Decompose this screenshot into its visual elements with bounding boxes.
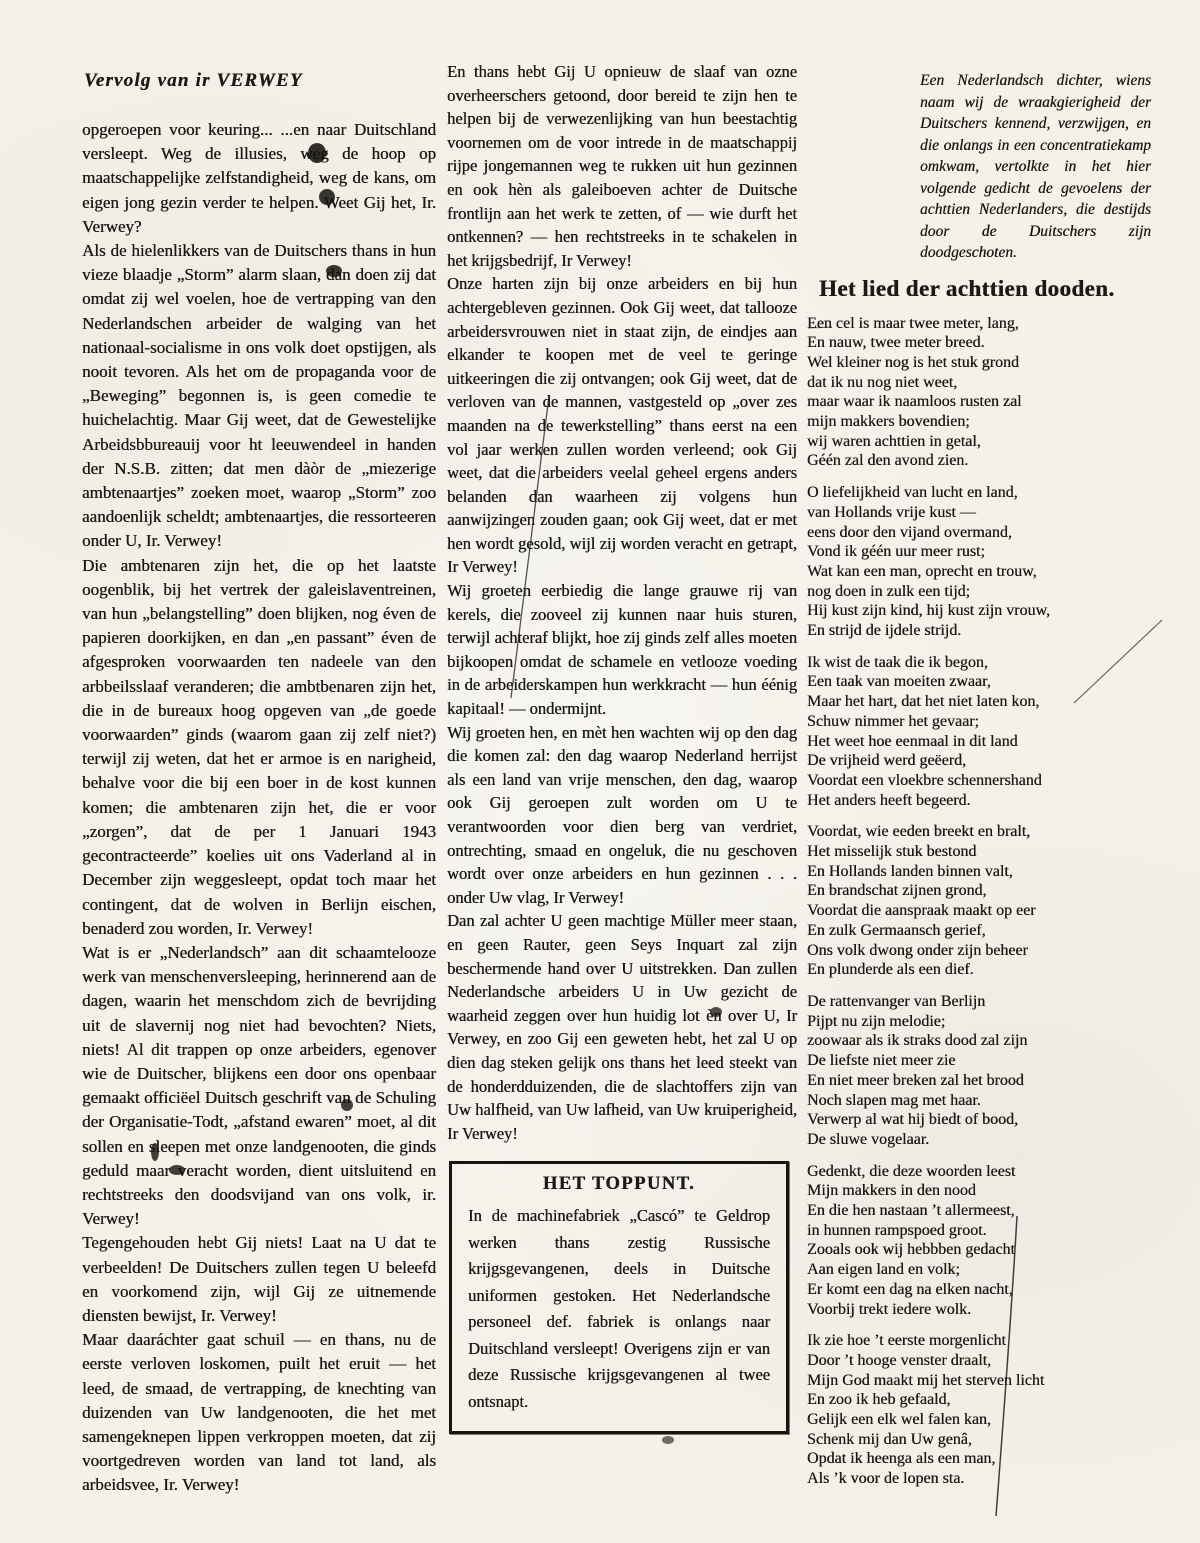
poem-line: En zoo ik heb gefaald, bbox=[807, 1390, 1149, 1410]
poem-line: Aan eigen land en volk; bbox=[807, 1260, 1149, 1280]
ink-blot bbox=[662, 1436, 674, 1444]
poem-line: De liefste niet meer zie bbox=[807, 1051, 1149, 1071]
poem-stanza: Gedenkt, die deze woorden leestMijn makk… bbox=[807, 1162, 1149, 1320]
right-column: Een Nederlandsch dichter, wiens naam wij… bbox=[807, 64, 1149, 1501]
poem-title: Het lied der achttien dooden. bbox=[819, 276, 1149, 302]
paragraph: Wij groeten eerbiedig die lange grauwe r… bbox=[447, 579, 797, 721]
poem-line: Wel kleiner nog is het stuk grond bbox=[807, 353, 1149, 373]
poem-line: van Hollands vrije kust — bbox=[807, 503, 1149, 523]
poem-line: Door ’t hooge venster draalt, bbox=[807, 1351, 1149, 1371]
poem-line: Zooals ook wij hebbben gedacht bbox=[807, 1240, 1149, 1260]
poem-line: Mijn God maakt mij het sterven licht bbox=[807, 1371, 1149, 1391]
poem-line: Verwerp al wat hij biedt of bood, bbox=[807, 1110, 1149, 1130]
poem-line: Als ’k voor de lopen sta. bbox=[807, 1469, 1149, 1489]
poem-line: Het misselijk stuk bestond bbox=[807, 842, 1149, 862]
poem-line: dat ik nu nog niet weet, bbox=[807, 373, 1149, 393]
paragraph: Tegengehouden hebt Gij niets! Laat na U … bbox=[82, 1231, 436, 1328]
paragraph: Als de hielenlikkers van de Duitschers t… bbox=[82, 239, 436, 554]
poem-line: mijn makkers bovendien; bbox=[807, 412, 1149, 432]
middle-column-text: En thans hebt Gij U opnieuw de slaaf van… bbox=[447, 60, 797, 1145]
poem-line: Schuw nimmer het gevaar; bbox=[807, 712, 1149, 732]
poem-line: in hunnen rampspoed groot. bbox=[807, 1221, 1149, 1241]
paragraph: opgeroepen voor keuring... ...en naar Du… bbox=[82, 118, 436, 239]
poem-line: Er komt een dag na elken nacht, bbox=[807, 1280, 1149, 1300]
poem-line: Het anders heeft begeerd. bbox=[807, 791, 1149, 811]
poem-line: De sluwe vogelaar. bbox=[807, 1130, 1149, 1150]
poem-line: En nauw, twee meter breed. bbox=[807, 333, 1149, 353]
poem-line: En die hen nastaan ’t allermeest, bbox=[807, 1201, 1149, 1221]
poem-line: En brandschat zijnen grond, bbox=[807, 881, 1149, 901]
poem-line: De vrijheid werd geëerd, bbox=[807, 751, 1149, 771]
poem-line: Pijpt nu zijn melodie; bbox=[807, 1012, 1149, 1032]
paragraph: Dan zal achter U geen machtige Müller me… bbox=[447, 909, 797, 1145]
poem-line: Ons volk dwong onder zijn beheer bbox=[807, 941, 1149, 961]
boxed-notice-body: In de machinefabriek „Cascó” te Geldrop … bbox=[468, 1203, 770, 1415]
poem-line: Een taak van moeiten zwaar, bbox=[807, 672, 1149, 692]
poem-line: Maar het hart, dat het niet laten kon, bbox=[807, 692, 1149, 712]
poem: Een cel is maar twee meter, lang,En nauw… bbox=[807, 314, 1149, 1489]
middle-column: En thans hebt Gij U opnieuw de slaaf van… bbox=[447, 60, 797, 1434]
boxed-notice: HET TOPPUNT. In de machinefabriek „Cascó… bbox=[449, 1161, 789, 1434]
poem-line: Noch slapen mag met haar. bbox=[807, 1091, 1149, 1111]
boxed-notice-title: HET TOPPUNT. bbox=[468, 1174, 770, 1195]
paragraph: Maar daaráchter gaat schuil — en thans, … bbox=[82, 1328, 436, 1497]
poem-line: Het weet hoe eenmaal in dit land bbox=[807, 732, 1149, 752]
poem-stanza: De rattenvanger van BerlijnPijpt nu zijn… bbox=[807, 992, 1149, 1150]
poem-line: En niet meer breken zal het brood bbox=[807, 1071, 1149, 1091]
poem-line: Gedenkt, die deze woorden leest bbox=[807, 1162, 1149, 1182]
poem-intro: Een Nederlandsch dichter, wiens naam wij… bbox=[920, 70, 1151, 264]
poem-stanza: Voordat, wie eeden breekt en bralt,Het m… bbox=[807, 822, 1149, 980]
poem-line: eens door den vijand overmand, bbox=[807, 523, 1149, 543]
poem-line: nog doen in zulk een tijd; bbox=[807, 582, 1149, 602]
poem-line: Mijn makkers in den nood bbox=[807, 1181, 1149, 1201]
poem-line: maar waar ik naamloos rusten zal bbox=[807, 392, 1149, 412]
paragraph: En thans hebt Gij U opnieuw de slaaf van… bbox=[447, 60, 797, 272]
poem-line: O liefelijkheid van lucht en land, bbox=[807, 483, 1149, 503]
newspaper-page: Vervolg van ir VERWEY opgeroepen voor ke… bbox=[0, 0, 1200, 1543]
poem-line: En plunderde als een dief. bbox=[807, 960, 1149, 980]
poem-line: Een cel is maar twee meter, lang, bbox=[807, 314, 1149, 334]
left-column: Vervolg van ir VERWEY opgeroepen voor ke… bbox=[82, 70, 436, 1498]
poem-line: En strijd de ijdele strijd. bbox=[807, 621, 1149, 641]
poem-line: Wat kan een man, oprecht en trouw, bbox=[807, 562, 1149, 582]
poem-line: Gelijk een elk wel falen kan, bbox=[807, 1410, 1149, 1430]
poem-stanza: Ik wist de taak die ik begon,Een taak va… bbox=[807, 653, 1149, 811]
poem-stanza: Een cel is maar twee meter, lang,En nauw… bbox=[807, 314, 1149, 472]
paragraph: Wij groeten hen, en mèt hen wachten wij … bbox=[447, 721, 797, 910]
poem-line: Voordat die aanspraak maakt op eer bbox=[807, 901, 1149, 921]
poem-line: De rattenvanger van Berlijn bbox=[807, 992, 1149, 1012]
poem-line: wij waren achttien in getal, bbox=[807, 432, 1149, 452]
poem-line: Ik zie hoe ’t eerste morgenlicht bbox=[807, 1331, 1149, 1351]
poem-line: En zulk Germaansch gerief, bbox=[807, 921, 1149, 941]
poem-line: zoowaar als ik straks dood zal zijn bbox=[807, 1031, 1149, 1051]
poem-stanza: O liefelijkheid van lucht en land,van Ho… bbox=[807, 483, 1149, 641]
paragraph: Die ambtenaren zijn het, die op het laat… bbox=[82, 554, 436, 941]
poem-line: Voorbij trekt iedere wolk. bbox=[807, 1300, 1149, 1320]
poem-line: Opdat ik heenga als een man, bbox=[807, 1449, 1149, 1469]
poem-line: Géén zal den avond zien. bbox=[807, 451, 1149, 471]
poem-line: Ik wist de taak die ik begon, bbox=[807, 653, 1149, 673]
left-column-text: opgeroepen voor keuring... ...en naar Du… bbox=[82, 118, 436, 1498]
poem-line: En Hollands landen binnen valt, bbox=[807, 862, 1149, 882]
continuation-heading: Vervolg van ir VERWEY bbox=[84, 70, 436, 92]
poem-line: Vond ik géén uur meer rust; bbox=[807, 542, 1149, 562]
paragraph: Onze harten zijn bij onze arbeiders en b… bbox=[447, 272, 797, 579]
poem-line: Voordat, wie eeden breekt en bralt, bbox=[807, 822, 1149, 842]
poem-line: Voordat een vloekbre schennershand bbox=[807, 771, 1149, 791]
poem-stanza: Ik zie hoe ’t eerste morgenlichtDoor ’t … bbox=[807, 1331, 1149, 1489]
poem-line: Schenk mij dan Uw genâ, bbox=[807, 1430, 1149, 1450]
paragraph: Wat is er „Nederlandsch” aan dit schaamt… bbox=[82, 941, 436, 1231]
poem-line: Hij kust zijn kind, hij kust zijn vrouw, bbox=[807, 601, 1149, 621]
